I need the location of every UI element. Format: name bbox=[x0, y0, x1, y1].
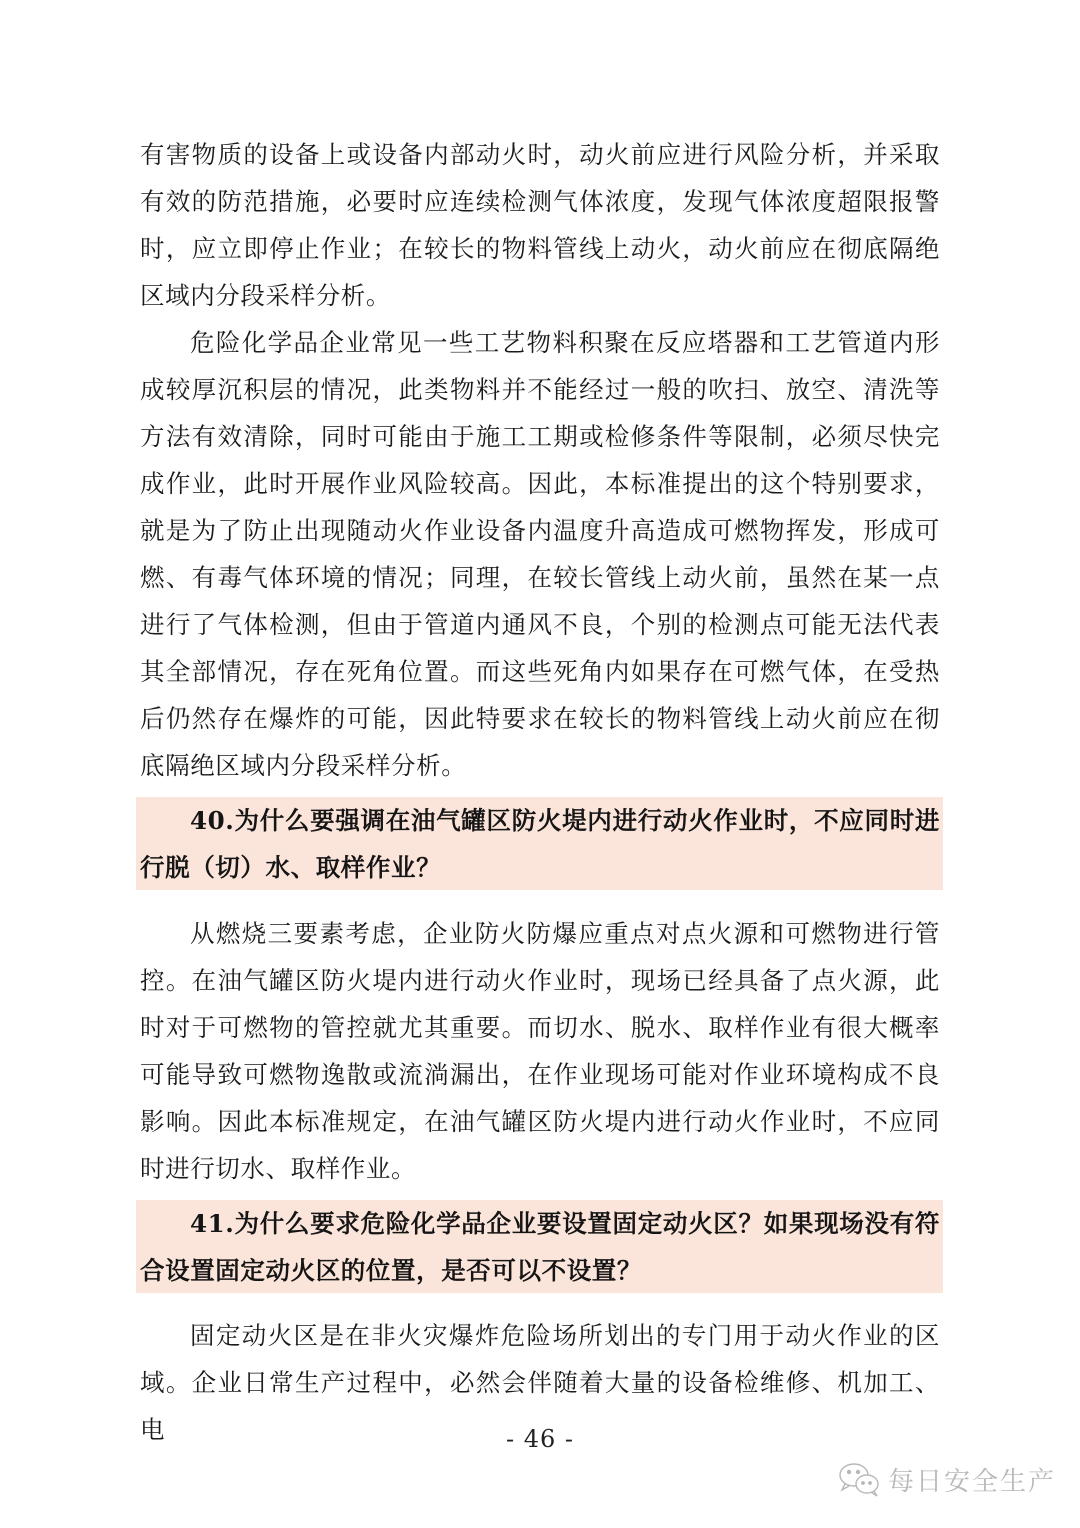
question-40-heading: 40.为什么要强调在油气罐区防火堤内进行动火作业时，不应同时进行脱（切）水、取样… bbox=[140, 797, 940, 891]
watermark: 每日安全生产 bbox=[838, 1461, 1056, 1498]
question-40-heading-box: 40.为什么要强调在油气罐区防火堤内进行动火作业时，不应同时进行脱（切）水、取样… bbox=[136, 797, 943, 890]
question-41-heading: 41.为什么要求危险化学品企业要设置固定动火区？如果现场没有符合设置固定动火区的… bbox=[140, 1200, 940, 1294]
paragraph-continued: 有害物质的设备上或设备内部动火时，动火前应进行风险分析，并采取有效的防范措施，必… bbox=[140, 131, 940, 319]
question-41-heading-box: 41.为什么要求危险化学品企业要设置固定动火区？如果现场没有符合设置固定动火区的… bbox=[136, 1200, 943, 1293]
watermark-text: 每日安全生产 bbox=[888, 1461, 1056, 1498]
wechat-icon bbox=[838, 1462, 882, 1498]
document-page: 有害物质的设备上或设备内部动火时，动火前应进行风险分析，并采取有效的防范措施，必… bbox=[0, 0, 1080, 1528]
question-40-answer: 从燃烧三要素考虑，企业防火防爆应重点对点火源和可燃物进行管控。在油气罐区防火堤内… bbox=[140, 910, 940, 1192]
paragraph-explanation: 危险化学品企业常见一些工艺物料积聚在反应塔器和工艺管道内形成较厚沉积层的情况，此… bbox=[140, 319, 940, 789]
page-number: - 46 - bbox=[0, 1425, 1080, 1453]
